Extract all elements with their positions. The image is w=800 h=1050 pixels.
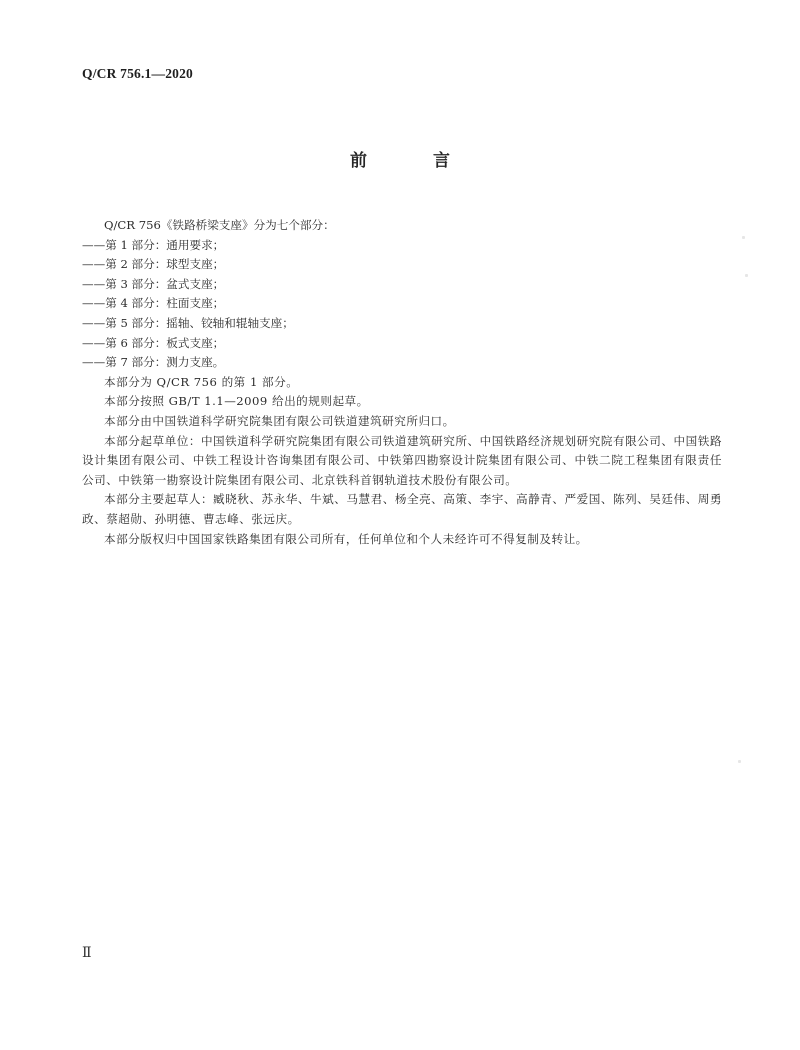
scan-speck	[742, 236, 745, 239]
part-item: ——第 2 部分：球型支座；	[82, 255, 722, 275]
paragraph: 本部分为 Q/CR 756 的第 1 部分。	[82, 373, 722, 393]
foreword-body: Q/CR 756《铁路桥梁支座》分为七个部分： ——第 1 部分：通用要求； —…	[82, 216, 722, 549]
part-item: ——第 5 部分：摇轴、铰轴和辊轴支座；	[82, 314, 722, 334]
scan-speck	[745, 274, 748, 277]
part-item: ——第 4 部分：柱面支座；	[82, 294, 722, 314]
paragraph: 本部分由中国铁道科学研究院集团有限公司铁道建筑研究所归口。	[82, 412, 722, 432]
paragraph-copyright: 本部分版权归中国国家铁路集团有限公司所有，任何单位和个人未经许可不得复制及转让。	[82, 530, 722, 550]
paragraph-drafting-units: 本部分起草单位：中国铁道科学研究院集团有限公司铁道建筑研究所、中国铁路经济规划研…	[82, 432, 722, 491]
part-item: ——第 6 部分：板式支座；	[82, 334, 722, 354]
page-title: 前 言	[0, 146, 800, 171]
standard-code: Q/CR 756.1—2020	[82, 66, 193, 82]
paragraph: 本部分按照 GB/T 1.1—2009 给出的规则起草。	[82, 392, 722, 412]
part-item: ——第 1 部分：通用要求；	[82, 236, 722, 256]
part-item: ——第 7 部分：测力支座。	[82, 353, 722, 373]
part-item: ——第 3 部分：盆式支座；	[82, 275, 722, 295]
intro-line: Q/CR 756《铁路桥梁支座》分为七个部分：	[82, 216, 722, 236]
scan-speck	[738, 760, 741, 763]
page-number: Ⅱ	[82, 945, 92, 962]
paragraph-drafters: 本部分主要起草人：臧晓秋、苏永华、牛斌、马慧君、杨全亮、高策、李宇、高静青、严爱…	[82, 490, 722, 529]
